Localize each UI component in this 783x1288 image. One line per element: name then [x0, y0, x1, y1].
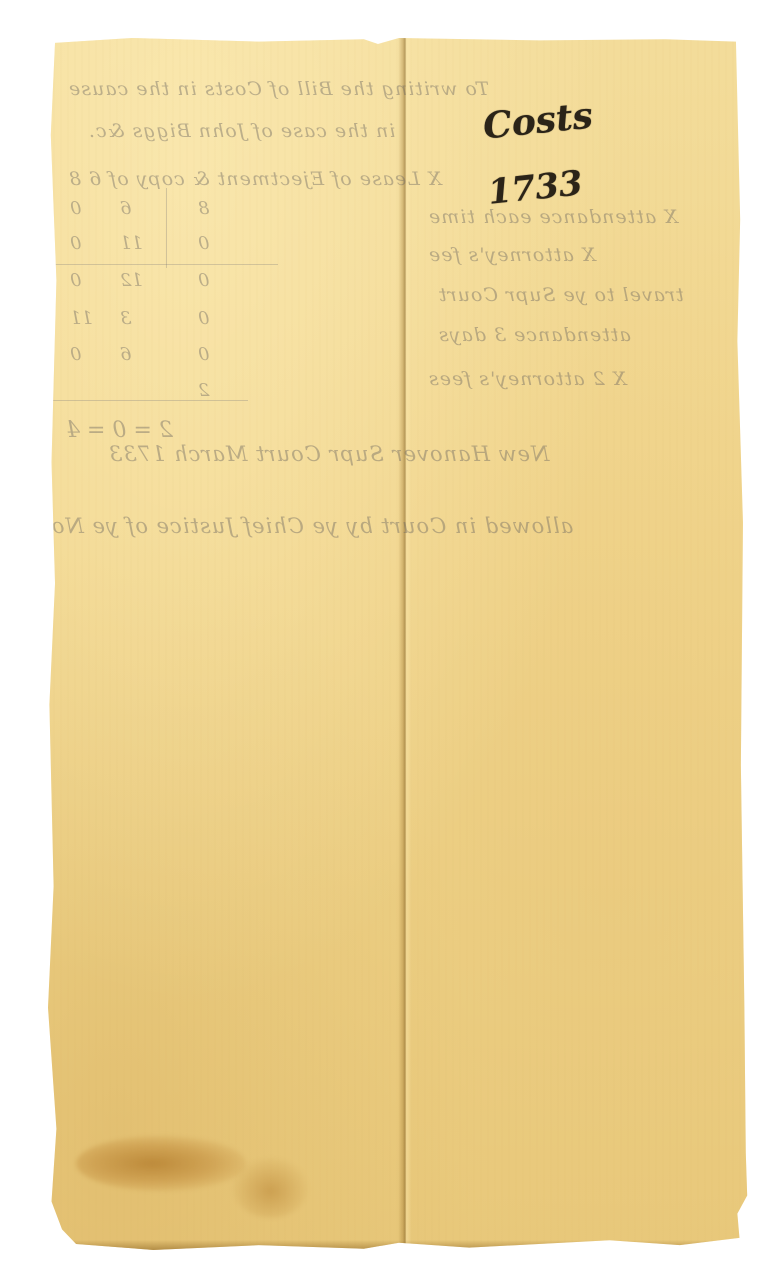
bleed-through-line: To writing the Bill of Costs in the caus… [68, 78, 489, 100]
figure-cell: 6 [120, 344, 131, 365]
water-stain [76, 1136, 246, 1191]
bleed-through-line: allowed in Court by ye Chief Justice of … [38, 514, 573, 538]
bleed-through-line: in the case of John Biggs &c. [88, 120, 395, 142]
bleed-through-line: X 2 attorney's fees [428, 368, 626, 390]
figure-cell: 0 [70, 198, 81, 219]
pencil-rule [48, 400, 248, 401]
figure-cell: 0 [198, 308, 209, 329]
worn-edge [48, 1240, 750, 1250]
figure-cell: 3 [120, 308, 131, 329]
document-page: To writing the Bill of Costs in the caus… [48, 38, 750, 1250]
figure-cell: 6 [120, 198, 131, 219]
figure-cell: 0 [198, 344, 209, 365]
figure-cell: 2 [198, 380, 209, 401]
bleed-through-line: New Hanover Supr Court March 1733 [108, 442, 549, 466]
figure-cell: 0 [70, 233, 81, 254]
figure-total: 2 = 0 = 4 [66, 418, 173, 443]
bleed-through-line: X Lease of Ejectment & copy of 6 8 [68, 168, 441, 190]
water-stain [233, 1158, 308, 1218]
pencil-rule [48, 264, 278, 265]
bleed-through-line: attendance 3 days [438, 324, 631, 346]
figure-cell: 0 [70, 344, 81, 365]
figure-cell: 12 [120, 270, 143, 291]
figure-cell: 11 [120, 233, 143, 254]
figure-cell: 0 [198, 270, 209, 291]
figure-cell: 0 [198, 233, 209, 254]
bleed-through-line: travel to ye Supr Court [438, 284, 684, 306]
figure-cell: 0 [70, 270, 81, 291]
figure-cell: 11 [70, 308, 93, 329]
bleed-through-line: X attendance each time [428, 206, 678, 228]
center-fold-crease [398, 38, 412, 1250]
pencil-rule [166, 188, 167, 268]
figure-cell: 8 [198, 198, 209, 219]
bleed-through-line: X attorney's fee [428, 244, 595, 266]
